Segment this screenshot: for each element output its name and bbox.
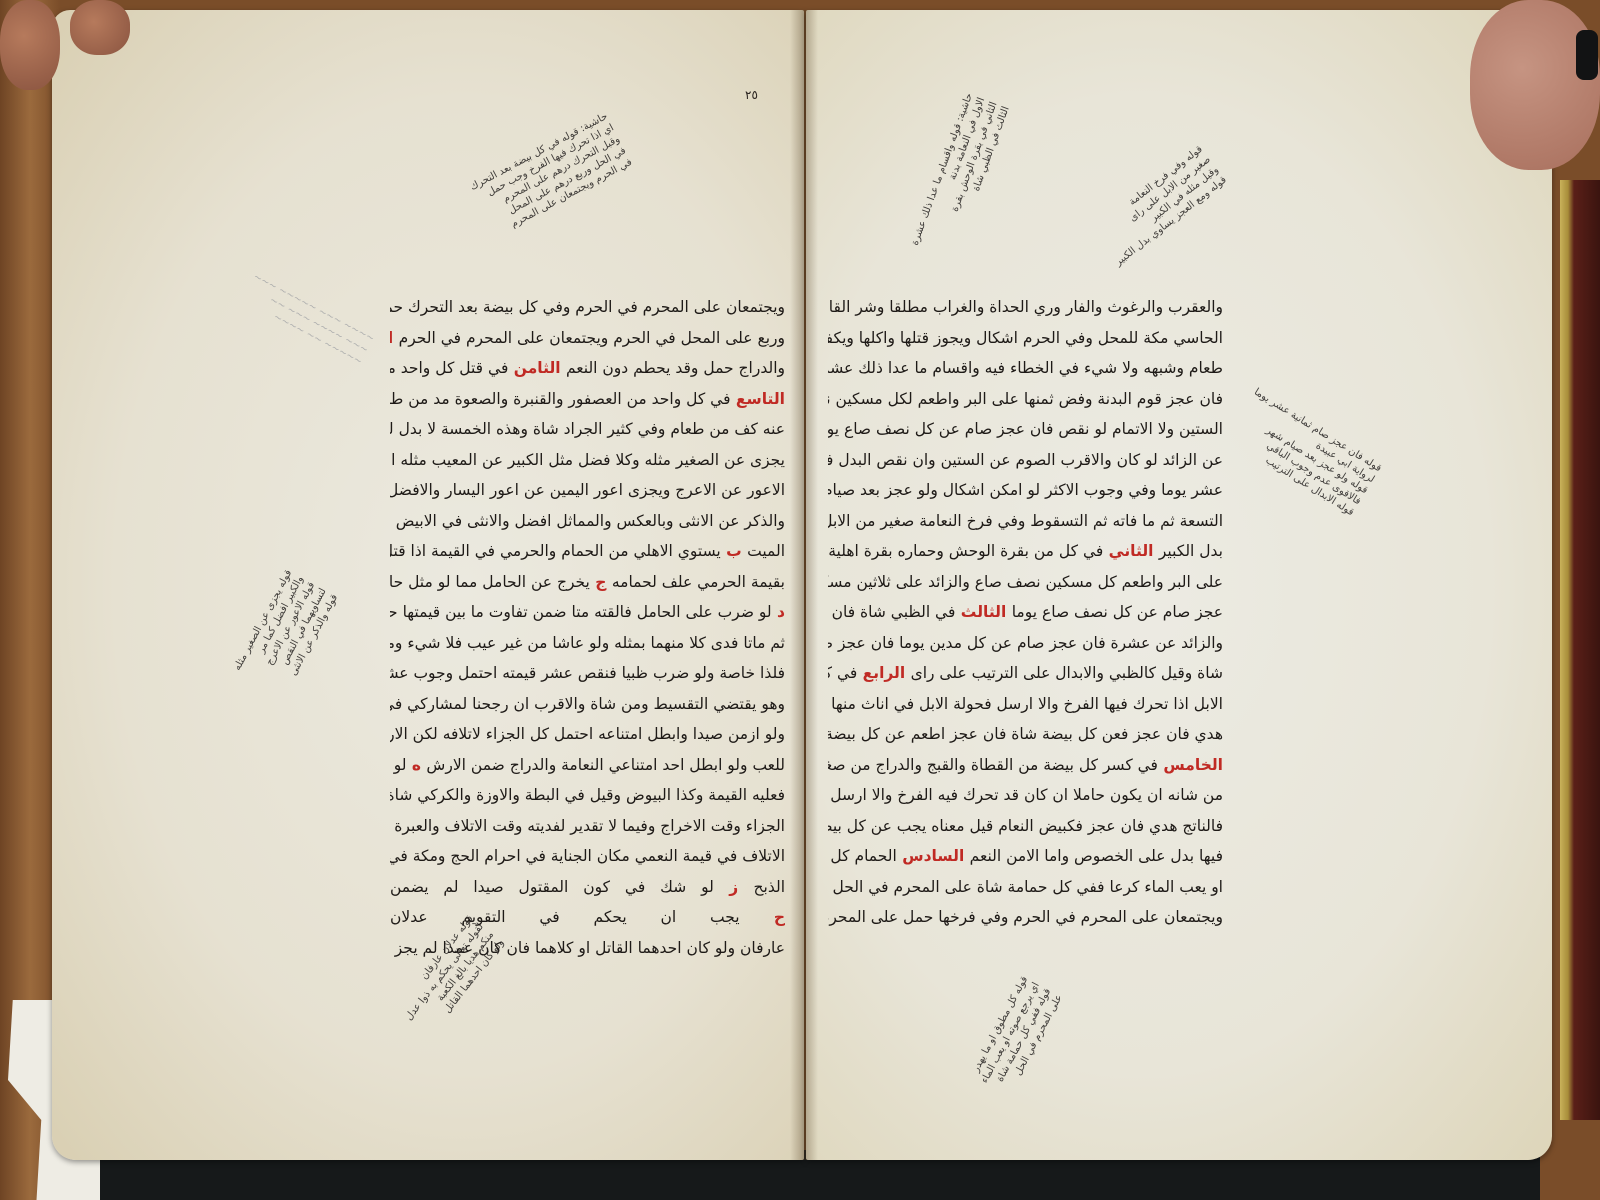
manuscript-line: التاسع في كل واحد من العصفور والقنبرة وا… <box>390 384 785 415</box>
finger <box>70 0 130 55</box>
book-cover-edge <box>1560 180 1600 1120</box>
line-text: عشر يوما وفي وجوب الاكثر لو امكن اشكال و… <box>828 481 1223 499</box>
line-text: لو ضرب على الحامل فالقته متا ضمن تفاوت م… <box>390 603 772 621</box>
manuscript-line: د لو ضرب على الحامل فالقته متا ضمن تفاوت… <box>390 597 785 628</box>
manuscript-line: التسعة ثم ما فاته ثم التسقوط وفي فرخ الن… <box>828 506 1223 537</box>
line-text: للعب ولو ابطل احد امتناعي النعامة والدرا… <box>426 756 785 774</box>
manuscript-line: ثم ماتا فدى كلا منهما بمثله ولو عاشا من … <box>390 628 785 659</box>
manuscript-line: عشر يوما وفي وجوب الاكثر لو امكن اشكال و… <box>828 475 1223 506</box>
line-text: بدل الكبير <box>1159 542 1223 560</box>
manuscript-line: من شانه ان يكون حاملا ان كان قد تحرك فيه… <box>828 780 1223 811</box>
line-text: الجزاء وقت الاخراج وفيما لا تقدير لفديته… <box>390 817 785 835</box>
line-text: فلذا خاصة ولو ضرب ظبيا فنقص عشر قيمته اح… <box>390 664 785 682</box>
line-text: التسعة ثم ما فاته ثم التسقوط وفي فرخ الن… <box>828 512 1223 530</box>
manuscript-line: بدل الكبير الثاني في كل من بقرة الوحش وح… <box>828 536 1223 567</box>
line-text: الستين ولا الاتمام لو نقص فان عجز صام عن… <box>828 420 1223 438</box>
line-text: وهو يقتضي التقسيط ومن شاة والاقرب ان رجح… <box>390 695 785 713</box>
manuscript-line: بقيمة الحرمي علف لحمامه ج يخرج عن الحامل… <box>390 567 785 598</box>
line-text: عجز صام عن كل نصف صاع يوما <box>1012 603 1223 621</box>
line-text: لو قتل ما لا تقدير لفديته <box>390 756 406 774</box>
manuscript-line: والذكر عن الانثى وبالعكس والمماثل افضل و… <box>390 506 785 537</box>
manuscript-line: الاعور عن الاعرج ويجزى اعور اليمين عن اع… <box>390 475 785 506</box>
manuscript-line: والعقرب والرغوث والفار وري الحداة والغرا… <box>828 292 1223 323</box>
manuscript-line: الابل اذا تحرك فيها الفرخ والا ارسل فحول… <box>828 689 1223 720</box>
line-text: في كسر كل بيضة من النعام بكرة من <box>828 664 857 682</box>
manuscript-line: الحاسي مكة للمحل وفي الحرم اشكال ويجوز ق… <box>828 323 1223 354</box>
line-text: يجزى عن الصغير مثله وكلا فضل مثل الكبير … <box>390 451 785 469</box>
folio-mark: ٢٥ <box>745 88 758 102</box>
right-main-text-block: والعقرب والرغوث والفار وري الحداة والغرا… <box>828 292 1223 933</box>
line-text: وربع على المحل في الحرم ويجتمعان على الم… <box>399 329 785 347</box>
manuscript-line: طعام وشبهه ولا شيء في الخطاء فيه واقسام … <box>828 353 1223 384</box>
manuscript-line: ويجتمعان على المحرم في الحرم وفي كل بيضة… <box>390 292 785 323</box>
line-text: على البر واطعم كل مسكين نصف صاع والزائد … <box>828 573 1223 591</box>
thumb <box>1470 0 1600 170</box>
manuscript-line: عنه كف من طعام وفي كثير الجراد شاة وهذه … <box>390 414 785 445</box>
manuscript-line: الذبح ز لو شك في كون المقتول صيدا لم يضم… <box>390 872 785 903</box>
line-text: والدراج حمل وقد يحطم دون النعم <box>566 359 785 377</box>
line-text: ثم ماتا فدى كلا منهما بمثله ولو عاشا من … <box>390 634 785 652</box>
manuscript-line: فان عجز قوم البدنة وفض ثمنها على البر وا… <box>828 384 1223 415</box>
book-gutter <box>790 10 818 1160</box>
manuscript-line: والدراج حمل وقد يحطم دون النعم الثامن في… <box>390 353 785 384</box>
line-text: فعليه القيمة وكذا البيوض وقيل في البطة و… <box>390 786 785 804</box>
manuscript-line: فلذا خاصة ولو ضرب ظبيا فنقص عشر قيمته اح… <box>390 658 785 689</box>
line-text: في كل واحد من العصفور والقنبرة والصعوة م… <box>390 390 730 408</box>
line-text: الاعور عن الاعرج ويجزى اعور اليمين عن اع… <box>390 481 785 499</box>
manuscript-line: فعليه القيمة وكذا البيوض وقيل في البطة و… <box>390 780 785 811</box>
line-text: يستوي الاهلي من الحمام والحرمي في القيمة… <box>390 542 721 560</box>
manuscript-line: الميت ب يستوي الاهلي من الحمام والحرمي ف… <box>390 536 785 567</box>
manuscript-line: او يعب الماء كرعا ففي كل حمامة شاة على ا… <box>828 872 1223 903</box>
line-text: في كسر كل بيضة من القطاة والقبج والدراج … <box>828 756 1158 774</box>
line-text: في الظبي شاة فان عجز قوم وفض ثمنها على ا… <box>828 603 955 621</box>
line-text: يخرج عن الحامل مما لو مثل حامل فان تعذر … <box>390 573 590 591</box>
manuscript-line: شاة وقيل كالظبي والابدال على الترتيب على… <box>828 658 1223 689</box>
manuscript-line: هدي فان عجز فعن كل بيضة شاة فان عجز اطعم… <box>828 719 1223 750</box>
line-text: يجب ان يحكم في التقويم عدلان <box>390 908 740 926</box>
line-text: فان عجز قوم البدنة وفض ثمنها على البر وا… <box>828 390 1223 408</box>
manuscript-line: على البر واطعم كل مسكين نصف صاع والزائد … <box>828 567 1223 598</box>
rubric-heading: ه <box>406 756 426 774</box>
line-text: هدي فان عجز فعن كل بيضة شاة فان عجز اطعم… <box>828 725 1223 743</box>
rubric-heading: ج <box>590 573 612 591</box>
line-text: والذكر عن الانثى وبالعكس والمماثل افضل و… <box>390 512 785 530</box>
line-text: الابل اذا تحرك فيها الفرخ والا ارسل فحول… <box>828 695 1223 713</box>
rubric-heading: ح <box>740 908 785 926</box>
manuscript-line: ح يجب ان يحكم في التقويم عدلان <box>390 902 785 933</box>
line-text: طعام وشبهه ولا شيء في الخطاء فيه واقسام … <box>828 359 1223 377</box>
line-text: الذبح <box>754 878 785 896</box>
line-text: فيها بدل على الخصوص واما الامن النعم <box>970 847 1223 865</box>
rubric-heading: التاسع <box>730 390 785 408</box>
finger <box>0 0 60 90</box>
rubric-heading: د <box>772 603 785 621</box>
line-text: عن الزائد لو كان والاقرب الصوم عن الستين… <box>828 451 1223 469</box>
line-text: والزائد عن عشرة فان عجز صام عن كل مدين ي… <box>828 634 1223 652</box>
manuscript-line: عن الزائد لو كان والاقرب الصوم عن الستين… <box>828 445 1223 476</box>
rubric-heading: السابع <box>390 329 399 347</box>
line-text: عنه كف من طعام وفي كثير الجراد شاة وهذه … <box>390 420 785 438</box>
manuscript-line: وهو يقتضي التقسيط ومن شاة والاقرب ان رجح… <box>390 689 785 720</box>
manuscript-line: ويجتمعان على المحرم في الحرم وفي فرخها ح… <box>828 902 1223 933</box>
manuscript-line: الستين ولا الاتمام لو نقص فان عجز صام عن… <box>828 414 1223 445</box>
ring <box>1576 30 1598 80</box>
rubric-heading: ب <box>721 542 747 560</box>
manuscript-line: عجز صام عن كل نصف صاع يوما الثالث في الظ… <box>828 597 1223 628</box>
manuscript-line: ولو ازمن صيدا وابطل امتناعه احتمل كل الج… <box>390 719 785 750</box>
rubric-heading: الثالث <box>955 603 1011 621</box>
line-text: الحمام كل مطوق او ما يهدر اي يرجع صوته <box>828 847 897 865</box>
line-text: الاتلاف في قيمة النعمي مكان الجناية في ا… <box>390 847 785 865</box>
manuscript-line: للعب ولو ابطل احد امتناعي النعامة والدرا… <box>390 750 785 781</box>
rubric-heading: الثامن <box>508 359 566 377</box>
line-text: في كل من بقرة الوحش وحماره بقرة اهلية فا… <box>828 542 1103 560</box>
rubric-heading: السادس <box>897 847 970 865</box>
manuscript-line: الجزاء وقت الاخراج وفيما لا تقدير لفديته… <box>390 811 785 842</box>
line-text: لو شك في كون المقتول صيدا لم يضمن <box>390 878 714 896</box>
manuscript-line: الخامس في كسر كل بيضة من القطاة والقبج و… <box>828 750 1223 781</box>
line-text: الميت <box>747 542 785 560</box>
line-text: والعقرب والرغوث والفار وري الحداة والغرا… <box>828 298 1223 316</box>
line-text: ويجتمعان على المحرم في الحرم وفي فرخها ح… <box>828 908 1223 926</box>
line-text: بقيمة الحرمي علف لحمامه <box>612 573 785 591</box>
line-text: في قتل كل واحد من القنفذ والضب واليربوع … <box>390 359 508 377</box>
line-text: او يعب الماء كرعا ففي كل حمامة شاة على ا… <box>828 878 1223 896</box>
line-text: شاة وقيل كالظبي والابدال على الترتيب على… <box>911 664 1223 682</box>
manuscript-line: فيها بدل على الخصوص واما الامن النعم الس… <box>828 841 1223 872</box>
manuscript-line: والزائد عن عشرة فان عجز صام عن كل مدين ي… <box>828 628 1223 659</box>
rubric-heading: الثاني <box>1103 542 1159 560</box>
line-text: ولو ازمن صيدا وابطل امتناعه احتمل كل الج… <box>390 725 785 743</box>
rubric-heading: الخامس <box>1158 756 1223 774</box>
line-text: ويجتمعان على المحرم في الحرم وفي كل بيضة… <box>390 298 785 316</box>
manuscript-line: فالناتج هدي فان عجز فكبيض النعام قيل معن… <box>828 811 1223 842</box>
rubric-heading: ز <box>714 878 754 896</box>
line-text: فالناتج هدي فان عجز فكبيض النعام قيل معن… <box>828 817 1223 835</box>
rubric-heading: الرابع <box>857 664 910 682</box>
manuscript-line: وربع على المحل في الحرم ويجتمعان على الم… <box>390 323 785 354</box>
manuscript-line: الاتلاف في قيمة النعمي مكان الجناية في ا… <box>390 841 785 872</box>
manuscript-line: يجزى عن الصغير مثله وكلا فضل مثل الكبير … <box>390 445 785 476</box>
line-text: من شانه ان يكون حاملا ان كان قد تحرك فيه… <box>828 786 1223 804</box>
line-text: الحاسي مكة للمحل وفي الحرم اشكال ويجوز ق… <box>828 329 1223 347</box>
left-main-text-block: ويجتمعان على المحرم في الحرم وفي كل بيضة… <box>390 292 785 963</box>
